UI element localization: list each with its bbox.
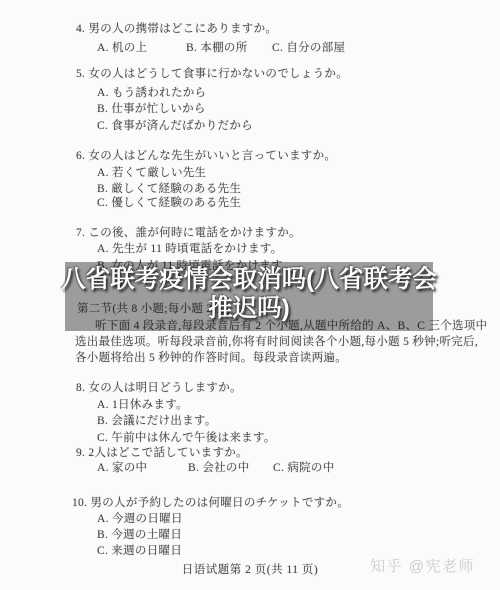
question-8-option-c: C. 午前中は休んで午後は来ます。 — [97, 432, 276, 445]
section-2-body-3: 各小题将给出 5 秒钟的作答时间。每段录音读两遍。 — [75, 352, 347, 365]
question-7-option-a: A. 先生が 11 時頃電話をかけます。 — [97, 243, 282, 256]
question-4-option-c: C. 自分の部屋 — [272, 42, 345, 55]
question-6-option-c: C. 優しくて経験のある先生 — [97, 197, 241, 210]
headline: 八省联考疫情会取消吗(八省联考会 推迟吗) — [40, 265, 458, 323]
question-6-stem: 6. 女の人はどんな先生がいいと言っていますか。 — [76, 150, 336, 163]
section-2-body-2: 选出最佳选项。听每段录音前,你将有时间阅读各个小题,每小题 5 秒钟;听完后, — [75, 336, 478, 349]
question-6-option-a: A. 若くて厳しい先生 — [97, 167, 206, 180]
question-4-option-a: A. 机の上 — [97, 42, 147, 55]
scanned-exam-page: 4. 男の人の携帯はどこにありますか。 A. 机の上 B. 本棚の所 C. 自分… — [0, 0, 500, 590]
question-10-option-c: C. 来週の日曜日 — [97, 545, 182, 558]
question-5-stem: 5. 女の人はどうして食事に行かないのでしょうか。 — [76, 68, 348, 81]
question-9-option-b: B. 会社の中 — [188, 462, 250, 475]
question-10-option-b: B. 今週の土曜日 — [97, 529, 182, 542]
question-5-option-a: A. もう誘われたから — [97, 87, 206, 100]
zhihu-watermark: 知乎 @宪老师 — [370, 555, 475, 576]
question-6-option-b: B. 厳しくて経験のある先生 — [97, 183, 241, 196]
question-4-option-b: B. 本棚の所 — [186, 42, 248, 55]
headline-line-1: 八省联考疫情会取消吗(八省联考会 — [40, 265, 458, 294]
question-8-option-b: B. 会議にだけ出ます。 — [97, 415, 217, 428]
headline-line-2: 推迟吗) — [40, 294, 458, 323]
question-10-stem: 10. 男の人が予約したのは何曜日のチケットですか。 — [72, 497, 349, 510]
question-5-option-c: C. 食事が済んだばかりだから — [97, 120, 253, 133]
question-10-option-a: A. 今週の日曜日 — [97, 513, 183, 526]
question-8-option-a: A. 1日休みます。 — [97, 399, 188, 412]
question-5-option-b: B. 仕事が忙しいから — [97, 103, 206, 116]
question-9-stem: 9. 2人はどこで話していますか。 — [76, 447, 248, 460]
question-9-option-c: C. 病院の中 — [273, 462, 335, 475]
question-8-stem: 8. 女の人は明日どうしますか。 — [76, 382, 242, 395]
question-7-stem: 7. この後、誰が何時に電話をかけますか。 — [76, 227, 301, 240]
question-9-option-a: A. 家の中 — [97, 462, 147, 475]
question-4-stem: 4. 男の人の携帯はどこにありますか。 — [76, 23, 277, 36]
